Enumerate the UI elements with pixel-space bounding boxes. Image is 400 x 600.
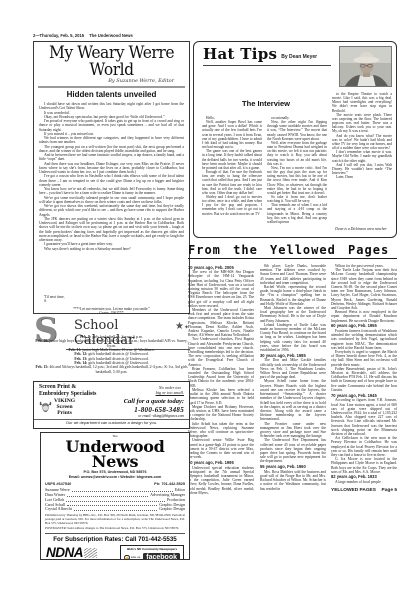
paragraph: I've got a cousin who lives in Nashville… bbox=[39, 174, 184, 187]
weary-quote: ***“Let me entertain you. Let me make yo… bbox=[37, 307, 186, 314]
masthead-address: P.O. Box 575, Underwood, ND 58576 bbox=[45, 470, 185, 475]
paragraph: Now, the other night I'm flipping throug… bbox=[267, 120, 327, 141]
phone-number: 1-800-658-3485 bbox=[124, 406, 184, 414]
paragraph: The game was one of the best games in a … bbox=[202, 149, 262, 170]
masthead-title: Underwood News bbox=[45, 439, 185, 469]
tagline-line2: big or too small. bbox=[156, 390, 184, 395]
paragraph: 8th place; Gayle Danks, honorable mentio… bbox=[260, 264, 326, 285]
paragraph: The Underwood Fire Department has collec… bbox=[260, 438, 326, 463]
paragraph: Melissa Klocke has been selected a final… bbox=[188, 388, 254, 405]
entry-text: junior high boys basketball vs. Turtle L… bbox=[49, 339, 187, 347]
paragraph: G. Ira Moore is now located in the Phili… bbox=[331, 457, 397, 474]
hat-tips-col-3: to the Empire Theatre to watch a movie. … bbox=[332, 92, 392, 220]
paragraph: The Frontier came under new management a… bbox=[260, 422, 326, 439]
columnist-tagline: Dean is a Dickinson area rancher bbox=[332, 227, 390, 231]
paragraph: I should have sat down and written this … bbox=[39, 102, 184, 111]
hat-tips-title: Hat Tips bbox=[203, 46, 277, 62]
paragraph: Julie Arludt has taken the reins at the … bbox=[188, 422, 254, 439]
folio-date: 2—Thursday, Feb. 5, 2015 bbox=[33, 33, 84, 38]
decade-heading: 10 years ago, Feb. 2005 bbox=[188, 266, 254, 270]
paragraph: That reminds me of when I was a kid and … bbox=[267, 203, 327, 224]
paragraph: The Turtle Lake Trojans won their first … bbox=[331, 268, 397, 310]
paragraph: Later, Dean bbox=[332, 175, 392, 179]
logo-row: NDNA NORTH DAKOTA NEWSPAPER ASSOCIATION … bbox=[45, 545, 185, 560]
school-calendar: S School Calendar ★✦ Feb. 9: girls baske… bbox=[33, 316, 190, 378]
entry-text: 4th and 5th boys basketball, 12 p.m.; 3r… bbox=[49, 365, 187, 373]
decade-heading: 60 years ago, Feb. 1955 bbox=[331, 324, 397, 328]
weary-signoff: 'Til next time, S. bbox=[37, 294, 186, 304]
staff-name: Crystal Albrecht bbox=[45, 507, 72, 512]
hat-tips-col-1: Hello, Well, another Super Bowl has come… bbox=[202, 116, 262, 232]
ndna-caption: NORTH DAKOTA NEWSPAPER ASSOCIATION bbox=[46, 559, 112, 560]
paragraph: Art Gellickson is the new man at the Pea… bbox=[331, 436, 397, 457]
paragraph: Who says there's nothing to do on a Satu… bbox=[39, 247, 184, 251]
paragraph: So take it from me, don't bother watchin… bbox=[267, 195, 327, 203]
calendar-entries: Feb. 9: girls basketball vs. Surrey, 6 p… bbox=[35, 335, 188, 374]
paragraph: And do you know what? The movie was in c… bbox=[332, 134, 392, 151]
ndna-logo: NDNA NORTH DAKOTA NEWSPAPER ASSOCIATION bbox=[46, 547, 112, 560]
hat-tips-masthead: Hat Tips By Dean Meyer bbox=[203, 46, 317, 62]
paragraph: Rachel Wolfe, representing the second gr… bbox=[260, 285, 326, 306]
like-us-label: ☝ Like us bbox=[124, 555, 140, 560]
hat-tips-rule bbox=[203, 65, 331, 66]
decade-heading: 30 years ago, Feb. 1985 bbox=[260, 354, 326, 358]
columnist-photo bbox=[339, 46, 392, 87]
ad-contact: Call for a quote today: 1-800-658-3485 o… bbox=[124, 398, 184, 418]
paragraph: Everybody is urged to support the March … bbox=[331, 350, 397, 367]
paragraph: The Don and Mike Gackle families officia… bbox=[260, 358, 326, 379]
paragraph: And in between there we had some fantast… bbox=[39, 153, 184, 162]
paragraph: We've got two shows this weekend, unfort… bbox=[39, 204, 184, 217]
thumbs-up-icon: ☝ bbox=[124, 555, 130, 560]
publishing-fine-print: Published every Thursday by BHG, Inc., P… bbox=[45, 514, 185, 525]
newspaper-page: 2—Thursday, Feb. 5, 2015 The Underwood N… bbox=[0, 0, 400, 600]
continued-label: YELLOWED PAGES bbox=[331, 489, 376, 493]
paragraph: You know how we're not all rednecks, but… bbox=[39, 187, 184, 196]
paragraph: Two Underwood churches, First Baptist Ch… bbox=[188, 337, 254, 366]
staff-row: Crystal AlbrechtGraphic Design bbox=[45, 507, 185, 512]
facebook-badge-caption: BHG's ND Community Newspapers bbox=[127, 547, 177, 551]
masthead-contact: Email: unews@westriv.com • Website: bhgn… bbox=[45, 475, 185, 480]
star-small-icon: ✦ bbox=[184, 325, 189, 331]
ad-footer: Our art department can customize a desig… bbox=[34, 419, 189, 426]
continued-page: Page 5 bbox=[382, 489, 397, 493]
paragraph: We've got some terrifically talented peo… bbox=[39, 196, 184, 205]
paragraph: And I will tell you this, I miss Walt Di… bbox=[332, 163, 392, 175]
paragraph: Fourteen farmers from north of Washburn … bbox=[331, 329, 397, 350]
subscription-line: For Subscription Rates: Call 701-442-553… bbox=[45, 533, 185, 543]
ad-tagline: No order too big or too small. bbox=[156, 384, 184, 397]
starburst-icon: ★✦ bbox=[175, 316, 189, 334]
paragraph: Well, another Super Bowl has come and go… bbox=[202, 120, 262, 149]
yellowed-col-3: Wilton for the past several years. The T… bbox=[331, 264, 397, 554]
ndna-wordmark: NDNA bbox=[46, 547, 83, 559]
advertiser-name-line1: Screen Print & bbox=[39, 384, 96, 391]
paragraph: I'm proud of everyone who participated. … bbox=[39, 119, 184, 132]
paragraph: The JFK dancers are putting on a winter … bbox=[39, 217, 184, 243]
paragraph: We had winners in three different age ca… bbox=[39, 136, 184, 145]
email-line: or email: viking@bhgnews.com bbox=[124, 414, 184, 418]
paragraph: I don't remember what movie it was. Mayb… bbox=[332, 150, 392, 162]
decade-heading: 82 years ago, Feb. 1933 bbox=[331, 475, 397, 479]
quote-attribution: Gypsy, 1962*** bbox=[37, 311, 186, 314]
paragraph: According to figures from V.B. Jonssen, … bbox=[331, 398, 397, 436]
paragraph: Members of the Underwood Comettes took f… bbox=[188, 308, 254, 337]
paragraph: Myron Schell came home from the Jaycees … bbox=[260, 379, 326, 421]
advertiser-name-line2: Embroidery Specialists bbox=[39, 391, 96, 398]
decade-heading: 70 years ago, Feb. 1945 bbox=[331, 394, 397, 398]
screen-print-ad: Screen Print & Embroidery Specialists No… bbox=[33, 381, 190, 429]
call-line: Call for a quote today: bbox=[124, 398, 184, 406]
decade-heading: 55 years ago, Feb. 1960 bbox=[260, 465, 326, 469]
staff-role: Graphic Design bbox=[159, 507, 185, 512]
paragraph: Bernard Weiss is now employed in the rep… bbox=[331, 310, 397, 323]
paragraph: Brian Franzen, Coldharbor, has been awar… bbox=[188, 367, 254, 388]
weary-masthead: My Weary Werre World bbox=[41, 44, 181, 78]
usps-number: USPS #647540 bbox=[45, 482, 71, 486]
calendar-entry: Feb. 15: 4th and 5th boys basketball, 12… bbox=[35, 365, 188, 374]
yellowed-pages-masthead: From the Yellowed Pages bbox=[188, 243, 397, 259]
postmaster-fine-print: POSTMASTER: Send address changes to The … bbox=[45, 527, 185, 531]
paper-masthead-box: The Underwood News P.O. Box 575, Underwo… bbox=[40, 432, 190, 560]
folio-paper-name: The Underwood News bbox=[89, 33, 133, 38]
brand-line3: Prints bbox=[54, 411, 75, 417]
masthead-phone: Ph: 701-442-5525 bbox=[154, 482, 185, 486]
folio-line: 2—Thursday, Feb. 5, 2015 The Underwood N… bbox=[33, 33, 373, 38]
paragraph: Enough of that. I'm sure the Seahawk fan… bbox=[202, 170, 262, 195]
paragraph: The crew of the MH-60S Sea Dragon helico… bbox=[188, 270, 254, 308]
advertiser-name: Screen Print & Embroidery Specialists bbox=[39, 384, 96, 397]
hat-tips-col-2: occasionally. Now, the other night I'm f… bbox=[267, 116, 327, 232]
hat-tips-column: Hat Tips By Dean Meyer The Interview bbox=[193, 41, 397, 238]
paragraph: Father Bauernfeind, pastor of St. John's… bbox=[331, 367, 397, 392]
paragraph: Well, after everyone from the garbage ma… bbox=[267, 141, 327, 166]
entry-date: Feb. 15: bbox=[35, 365, 48, 369]
paragraph: Underwood senior Willie Svae Hag turned … bbox=[188, 438, 254, 459]
like-us-text: Like us bbox=[131, 555, 141, 559]
weary-article-body: I should have sat down and written this … bbox=[37, 102, 186, 294]
paragraph: Megan Dockter and Brittany Hoversen, bot… bbox=[188, 405, 254, 422]
yellowed-col-1: 10 years ago, Feb. 2005 The crew of the … bbox=[188, 264, 254, 554]
cowboy-portrait-icon bbox=[340, 47, 392, 87]
paragraph: to the Empire Theatre to watch a movie. … bbox=[332, 92, 392, 113]
weary-headline: Hidden talents unveiled bbox=[37, 90, 186, 99]
paragraph: Matt Johansen was the winner of the loca… bbox=[260, 306, 326, 323]
hat-tips-headline: The Interview bbox=[200, 99, 332, 108]
star-icon: ★ bbox=[175, 321, 184, 332]
facebook-badge: BHG's ND Community Newspapers ☝ Like us … bbox=[120, 545, 184, 560]
paragraph: The movie seats were plush. There was ca… bbox=[332, 113, 392, 134]
paragraph: Now, I'm not a movie critic. And I'm not… bbox=[267, 166, 327, 195]
paragraph: And then there was our headliner, Diane … bbox=[39, 162, 184, 175]
yellowed-col-2: 8th place; Gayle Danks, honorable mentio… bbox=[260, 264, 326, 554]
facebook-wordmark: facebook bbox=[143, 553, 180, 560]
paragraph: Mrs. Ross Matthies sold the business and… bbox=[260, 470, 326, 491]
viking-brand: VIKING Screen Prints bbox=[39, 399, 75, 417]
paragraph: A large number of local people bbox=[331, 480, 397, 484]
paragraph: Shirley and I don't go out to movies too… bbox=[202, 195, 262, 216]
newspaper-stack-icon bbox=[84, 548, 97, 558]
hat-tips-byline: By Dean Meyer bbox=[281, 54, 317, 62]
paragraph: The youngest group put on a self-written… bbox=[39, 145, 184, 154]
weary-rule bbox=[38, 86, 185, 88]
entry-date: Feb. 10: bbox=[35, 339, 48, 343]
continued-line: YELLOWED PAGES Page 5 bbox=[331, 489, 397, 493]
signature: S. bbox=[39, 299, 184, 303]
calendar-entry: Feb. 10: junior high boys basketball vs.… bbox=[35, 339, 188, 348]
paragraph: Leland Lindeigen of Turtle Lake was made… bbox=[260, 323, 326, 352]
paragraph: Underwood special education students par… bbox=[188, 466, 254, 495]
weary-werre-column: My Weary Werre World By Suzanne Werre, E… bbox=[33, 41, 190, 314]
staff-list: Suzanne WerreEditor Dina WinterAdvertisi… bbox=[45, 488, 185, 513]
decade-heading: 20 years ago, Feb. 1995 bbox=[188, 461, 254, 465]
viking-mascot-icon bbox=[39, 401, 52, 415]
